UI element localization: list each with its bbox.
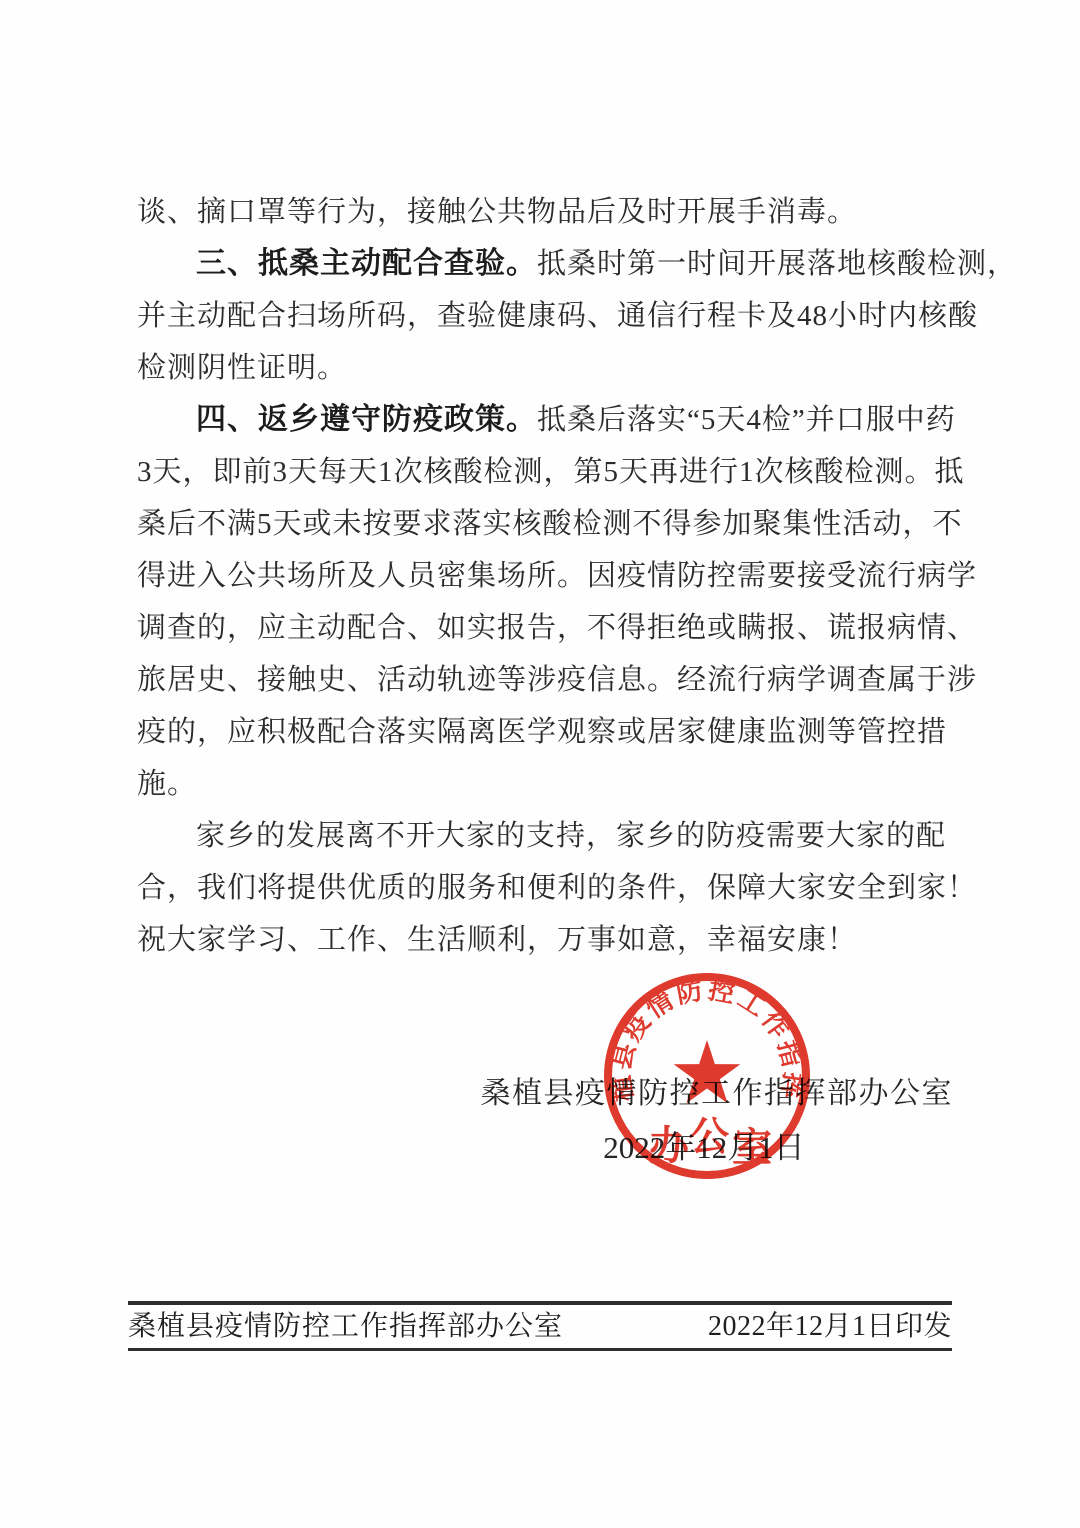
- footer-print-date: 2022年12月1日印发: [708, 1308, 952, 1346]
- body-text-line: 得进入公共场所及人员密集场所。因疫情防控需要接受流行病学: [137, 550, 945, 602]
- body-text-segment: 桑后不满5天或未按要求落实核酸检测不得参加聚集性活动，不: [137, 508, 963, 540]
- body-text-segment: 施。: [137, 768, 197, 800]
- body-text-line: 调查的，应主动配合、如实报告，不得拒绝或瞒报、谎报病情、: [137, 602, 945, 654]
- body-text-segment: 并主动配合扫场所码，查验健康码、通信行程卡及48小时内核酸: [137, 300, 978, 332]
- body-text-segment: 调查的，应主动配合、如实报告，不得拒绝或瞒报、谎报病情、: [137, 612, 977, 644]
- body-text-segment: 疫的，应积极配合落实隔离医学观察或居家健康监测等管控措: [137, 716, 947, 748]
- body-text-segment: 得进入公共场所及人员密集场所。因疫情防控需要接受流行病学: [137, 560, 977, 592]
- body-text-line: 疫的，应积极配合落实隔离医学观察或居家健康监测等管控措: [137, 706, 945, 758]
- seal-center-text: 办公室: [649, 1114, 772, 1170]
- body-text-segment: 旅居史、接触史、活动轨迹等涉疫信息。经流行病学调查属于涉: [137, 664, 977, 696]
- footer-bottom-rule: [128, 1348, 952, 1351]
- document-page: 谈、摘口罩等行为，接触公共物品后及时开展手消毒。三、抵桑主动配合查验。抵桑时第一…: [0, 0, 1080, 1528]
- body-text-line: 桑后不满5天或未按要求落实核酸检测不得参加聚集性活动，不: [137, 498, 945, 550]
- body-text-line: 3天，即前3天每天1次核酸检测，第5天再进行1次核酸检测。抵: [137, 446, 945, 498]
- body-text-line: 四、返乡遵守防疫政策。抵桑后落实“5天4检”并口服中药: [137, 394, 945, 446]
- body-text-segment: 检测阴性证明。: [137, 352, 347, 384]
- bold-heading: 四、返乡遵守防疫政策。: [196, 403, 537, 436]
- footer-issuing-office: 桑植县疫情防控工作指挥部办公室: [128, 1308, 563, 1346]
- body-text-segment: 抵桑后落实“5天4检”并口服中药: [537, 404, 956, 436]
- body-text-segment: 合，我们将提供优质的服务和便利的条件，保障大家安全到家！: [137, 872, 977, 904]
- official-seal: 桑植县疫情防控工作指挥部 办公室: [597, 966, 817, 1186]
- footer: 桑植县疫情防控工作指挥部办公室 2022年12月1日印发: [128, 1308, 952, 1346]
- body-text-line: 谈、摘口罩等行为，接触公共物品后及时开展手消毒。: [137, 186, 945, 238]
- body-text-segment: 家乡的发展离不开大家的支持，家乡的防疫需要大家的配: [196, 820, 946, 852]
- body-text-line: 旅居史、接触史、活动轨迹等涉疫信息。经流行病学调查属于涉: [137, 654, 945, 706]
- body-text-line: 检测阴性证明。: [137, 342, 945, 394]
- body-text-line: 并主动配合扫场所码，查验健康码、通信行程卡及48小时内核酸: [137, 290, 945, 342]
- body-text-segment: 3天，即前3天每天1次核酸检测，第5天再进行1次核酸检测。抵: [137, 456, 965, 488]
- red-star-icon: [674, 1040, 741, 1103]
- body-text-line: 三、抵桑主动配合查验。抵桑时第一时间开展落地核酸检测，: [137, 238, 945, 290]
- bold-heading: 三、抵桑主动配合查验。: [196, 247, 537, 280]
- body-text: 谈、摘口罩等行为，接触公共物品后及时开展手消毒。三、抵桑主动配合查验。抵桑时第一…: [137, 186, 945, 966]
- body-text-segment: 抵桑时第一时间开展落地核酸检测，: [537, 248, 1017, 280]
- body-text-line: 合，我们将提供优质的服务和便利的条件，保障大家安全到家！: [137, 862, 945, 914]
- footer-top-rule: [128, 1301, 952, 1305]
- body-text-segment: 祝大家学习、工作、生活顺利，万事如意，幸福安康！: [137, 924, 857, 956]
- body-text-line: 家乡的发展离不开大家的支持，家乡的防疫需要大家的配: [137, 810, 945, 862]
- body-text-line: 祝大家学习、工作、生活顺利，万事如意，幸福安康！: [137, 914, 945, 966]
- body-text-line: 施。: [137, 758, 945, 810]
- body-text-segment: 谈、摘口罩等行为，接触公共物品后及时开展手消毒。: [137, 196, 857, 228]
